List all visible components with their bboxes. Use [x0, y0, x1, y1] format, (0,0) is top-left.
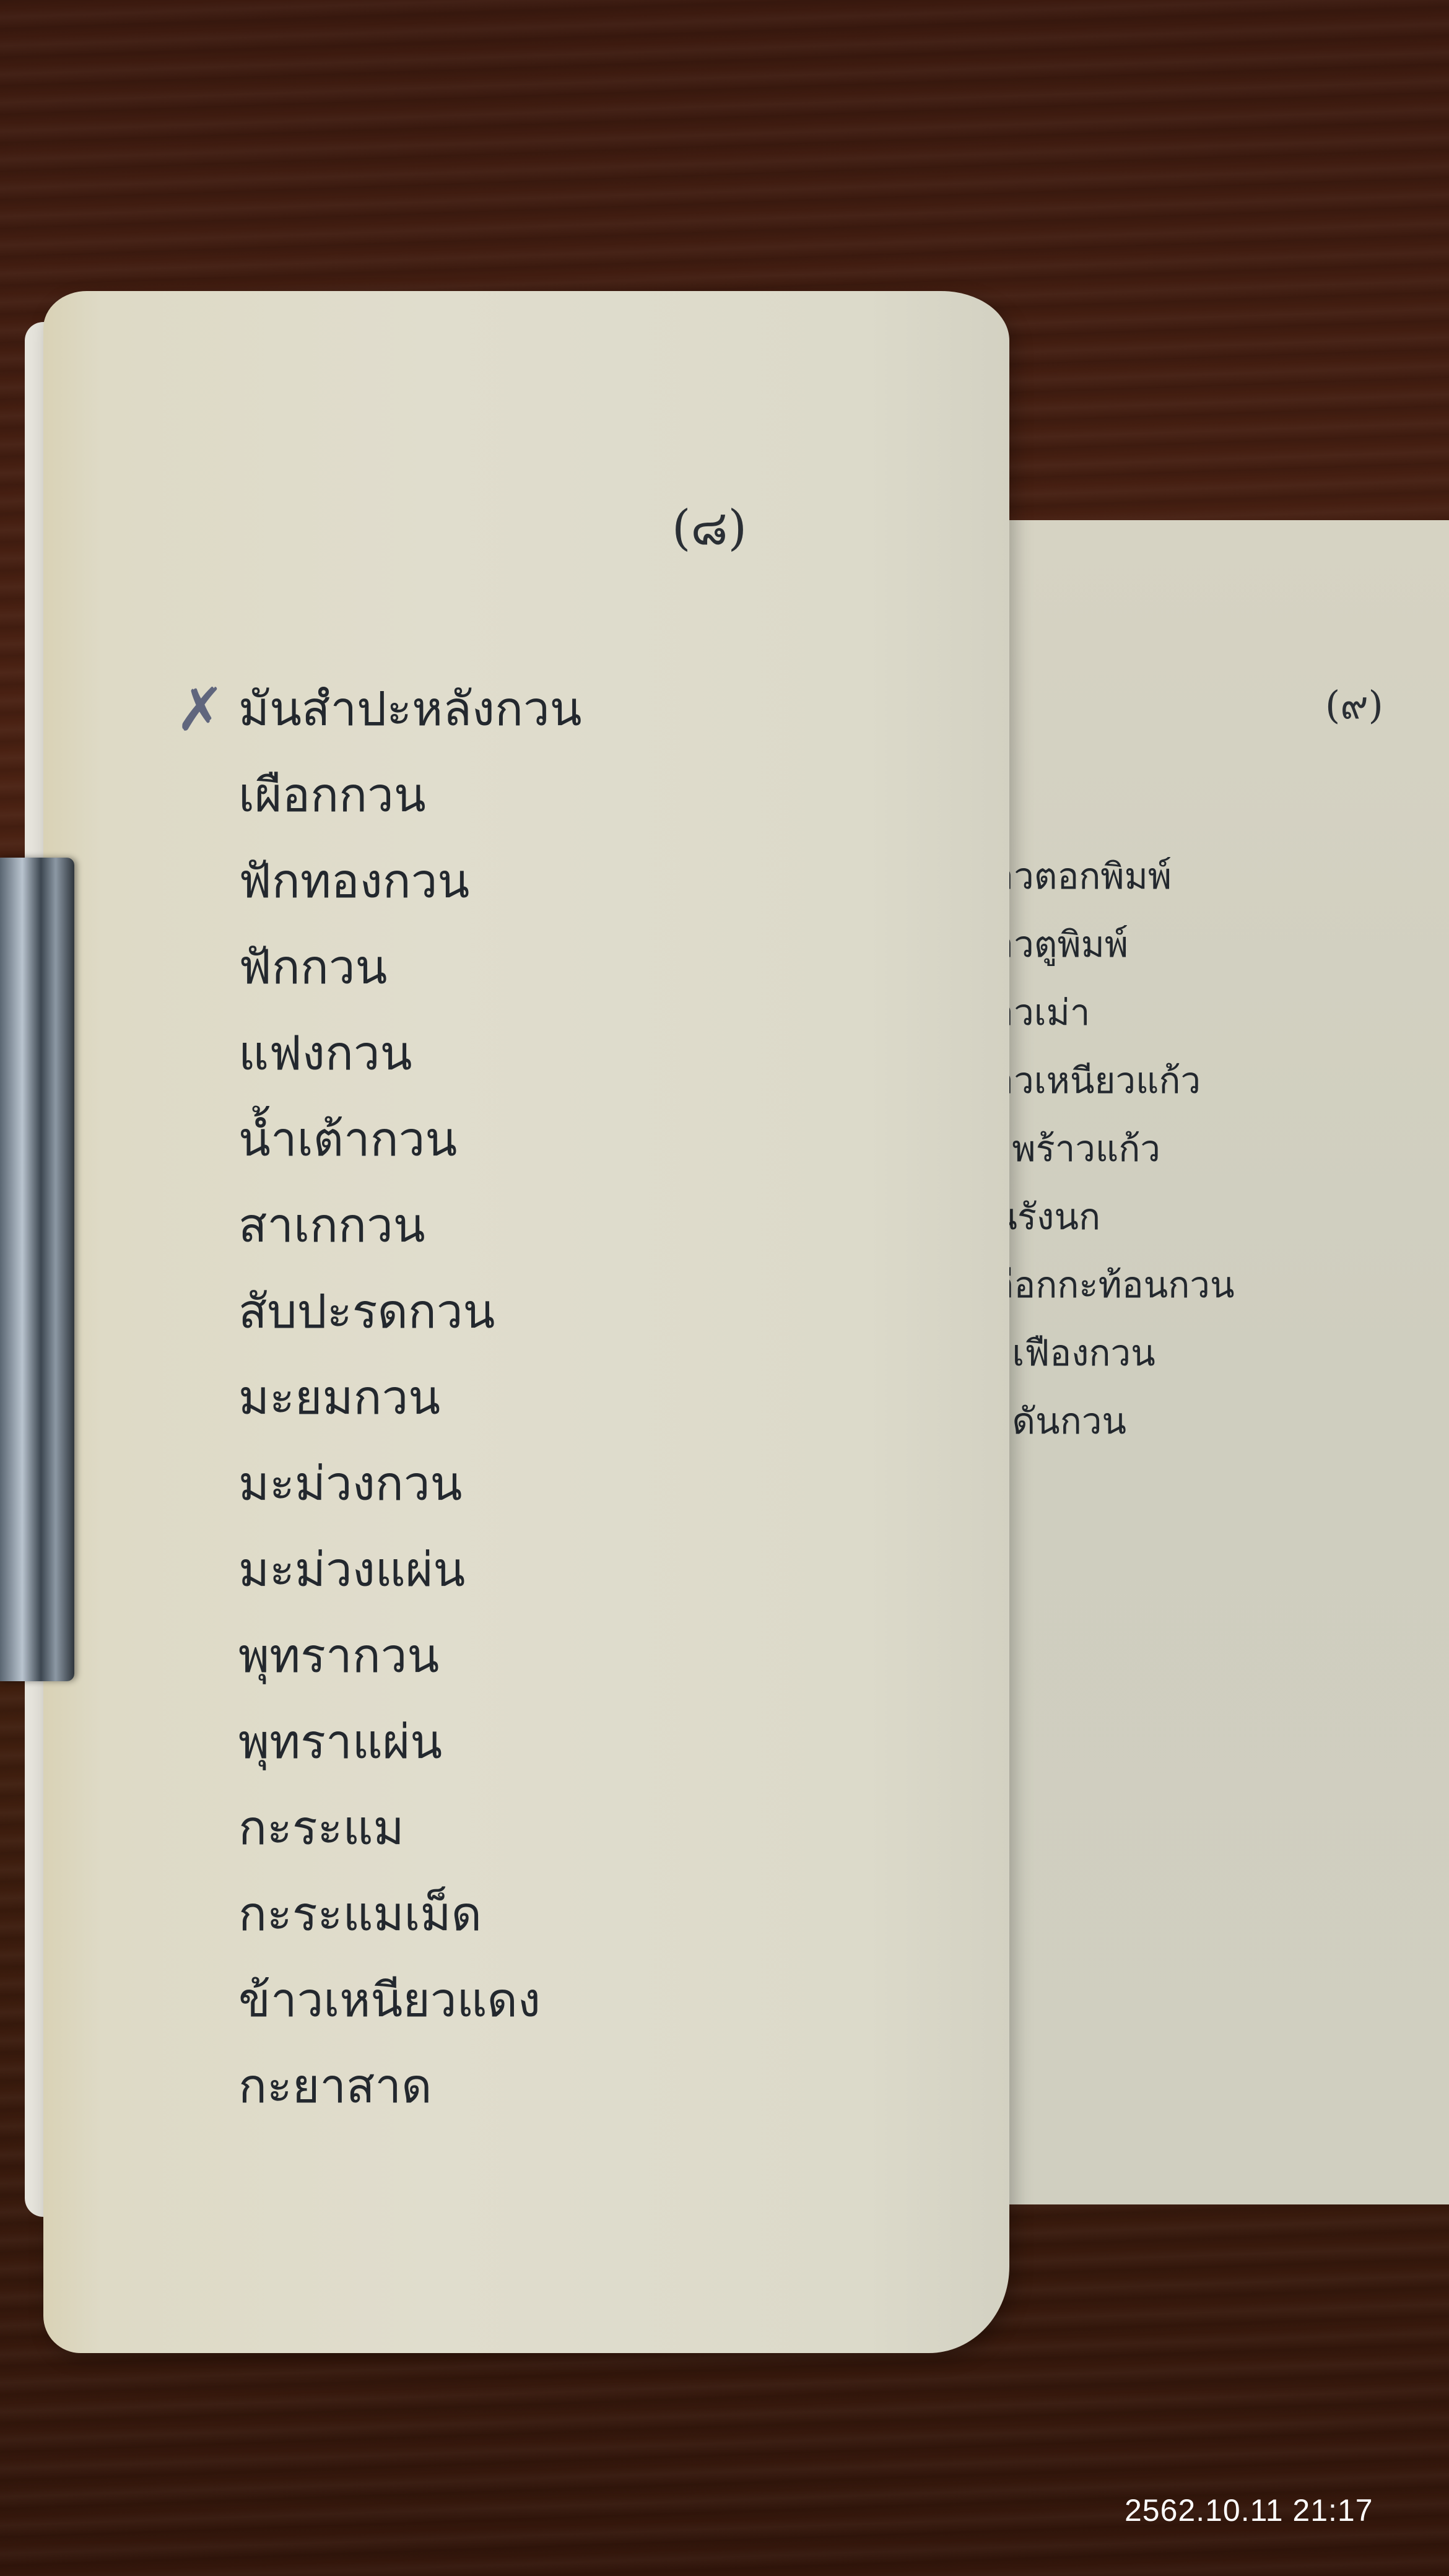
- list-item: มะม่วงกวน: [238, 1440, 582, 1526]
- left-page-number: (๘): [672, 489, 747, 566]
- list-item: มะม่วงแผ่น: [238, 1526, 582, 1612]
- list-item: ฟักกวน: [238, 924, 582, 1010]
- list-item: ฟักทองกวน: [238, 838, 582, 924]
- list-item: มะยมกวน: [238, 1354, 582, 1440]
- list-item: กะระแม: [238, 1785, 582, 1871]
- list-item: พุทรากวน: [238, 1612, 582, 1699]
- list-item: ข้าวเหนียวแดง: [238, 1957, 582, 2043]
- left-page-item-list: มันสำปะหลังกวน เผือกกวน ฟักทองกวน ฟักกวน…: [238, 666, 582, 2129]
- list-item: เผือกกวน: [238, 752, 582, 838]
- metal-binder-clip: [0, 858, 74, 1681]
- right-page-number: (๙): [1325, 675, 1383, 736]
- list-item: มันสำปะหลังกวน: [238, 666, 582, 752]
- list-item: สาเกกวน: [238, 1182, 582, 1268]
- list-item: แฟงกวน: [238, 1010, 582, 1096]
- list-item: กะระแมเม็ด: [238, 1871, 582, 1957]
- handwritten-cross-mark-icon: ✗: [175, 675, 225, 744]
- list-item: พุทราแผ่น: [238, 1699, 582, 1785]
- list-item: สับปะรดกวน: [238, 1268, 582, 1354]
- list-item: น้ำเต้ากวน: [238, 1096, 582, 1182]
- list-item: กะยาสาด: [238, 2043, 582, 2129]
- photo-timestamp: 2562.10.11 21:17: [1125, 2492, 1373, 2528]
